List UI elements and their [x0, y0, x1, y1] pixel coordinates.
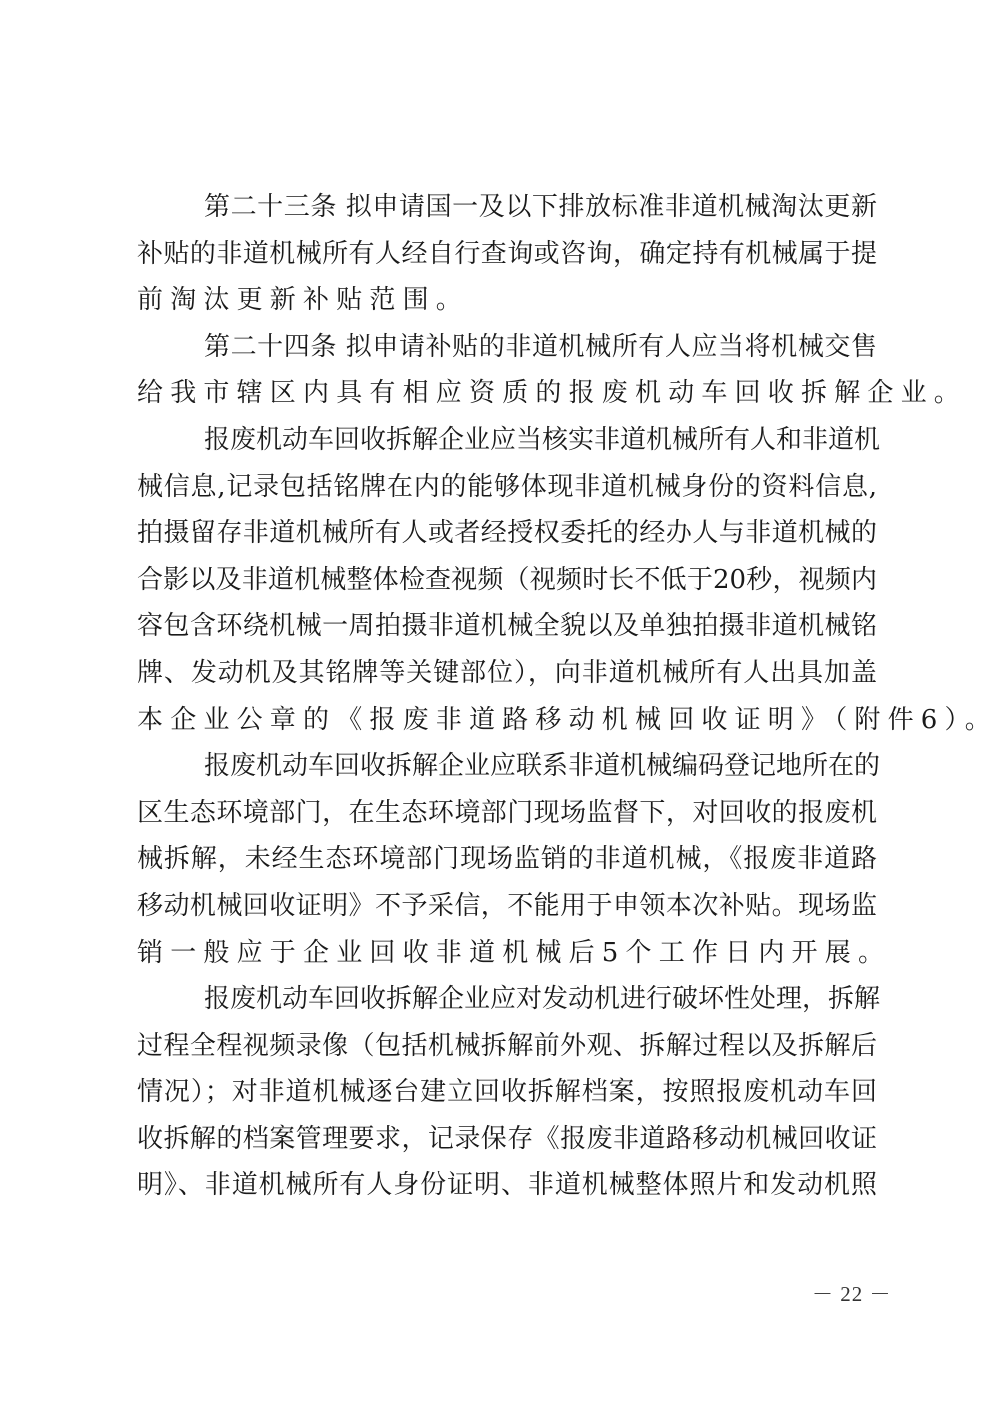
paragraph-4-line-5: 销一般应于企业回收非道机械后5个工作日内开展。	[137, 930, 877, 977]
paragraph-4-line-1: 报废机动车回收拆解企业应联系非道机械编码登记地所在的	[137, 743, 877, 790]
paragraph-5-line-2: 过程全程视频录像（包括机械拆解前外观、拆解过程以及拆解后	[137, 1023, 877, 1070]
article-23-line-2: 补贴的非道机械所有人经自行查询或咨询，确定持有机械属于提	[137, 231, 877, 278]
article-24-line-2: 给我市辖区内具有相应资质的报废机动车回收拆解企业。	[137, 370, 877, 417]
paragraph-3-line-7: 本企业公章的《报废非道路移动机械回收证明》（附件6）。	[137, 697, 877, 744]
paragraph-3-line-4: 合影以及非道机械整体检查视频（视频时长不低于20秒，视频内	[137, 557, 877, 604]
paragraph-5-line-5: 明》、非道机械所有人身份证明、非道机械整体照片和发动机照	[137, 1162, 877, 1209]
paragraph-4-line-2: 区生态环境部门，在生态环境部门现场监督下，对回收的报废机	[137, 790, 877, 837]
paragraph-5-line-1: 报废机动车回收拆解企业应对发动机进行破坏性处理，拆解	[137, 976, 877, 1023]
paragraph-5-line-3: 情况）；对非道机械逐台建立回收拆解档案，按照报废机动车回	[137, 1069, 877, 1116]
paragraph-3-line-6: 牌、发动机及其铭牌等关键部位），向非道机械所有人出具加盖	[137, 650, 877, 697]
paragraph-3-line-1: 报废机动车回收拆解企业应当核实非道机械所有人和非道机	[137, 417, 877, 464]
article-23-line-1: 第二十三条 拟申请国一及以下排放标准非道机械淘汰更新	[137, 184, 877, 231]
paragraph-3-line-3: 拍摄留存非道机械所有人或者经授权委托的经办人与非道机械的	[137, 510, 877, 557]
body-text: 第二十三条 拟申请国一及以下排放标准非道机械淘汰更新 补贴的非道机械所有人经自行…	[137, 184, 877, 1209]
page-number: － 22 －	[812, 1278, 892, 1308]
document-page: 第二十三条 拟申请国一及以下排放标准非道机械淘汰更新 补贴的非道机械所有人经自行…	[0, 0, 1000, 1414]
paragraph-5-line-4: 收拆解的档案管理要求，记录保存《报废非道路移动机械回收证	[137, 1116, 877, 1163]
article-23-line-3: 前淘汰更新补贴范围。	[137, 277, 877, 324]
paragraph-3-line-5: 容包含环绕机械一周拍摄非道机械全貌以及单独拍摄非道机械铭	[137, 603, 877, 650]
paragraph-4-line-3: 械拆解，未经生态环境部门现场监销的非道机械，《报废非道路	[137, 836, 877, 883]
paragraph-4-line-4: 移动机械回收证明》不予采信，不能用于申领本次补贴。现场监	[137, 883, 877, 930]
paragraph-3-line-2: 械信息,记录包括铭牌在内的能够体现非道机械身份的资料信息,	[137, 464, 877, 511]
article-24-line-1: 第二十四条 拟申请补贴的非道机械所有人应当将机械交售	[137, 324, 877, 371]
